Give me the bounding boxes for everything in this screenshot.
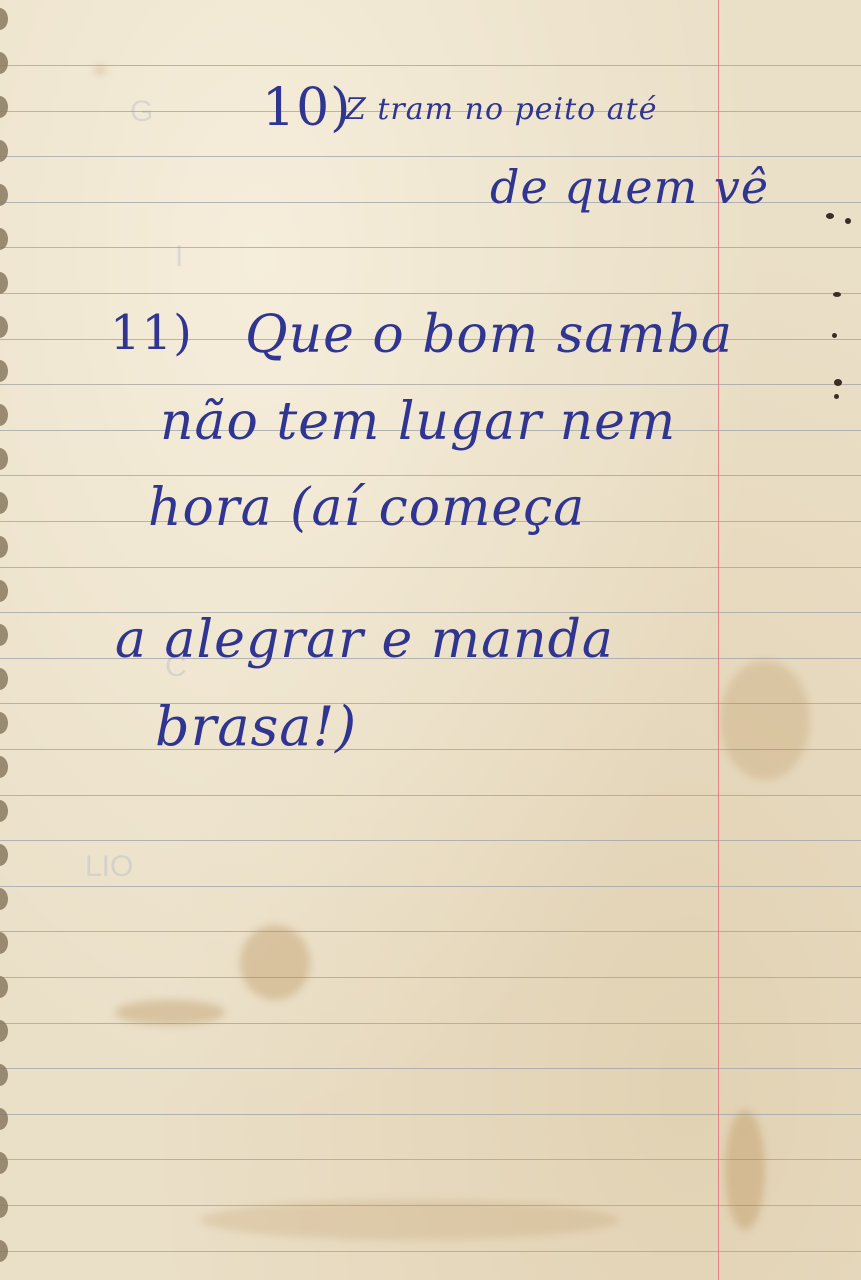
binding-hole [0,888,8,910]
binding-hole [0,1152,8,1174]
binding-hole [0,140,8,162]
binding-hole [0,1108,8,1130]
binding-hole [0,8,8,30]
ruled-line [0,384,861,385]
ruled-line [0,567,861,568]
binding-hole [0,492,8,514]
binding-hole [0,624,8,646]
note-number-11: 11) [110,305,193,361]
ink-dot [832,333,837,338]
ruled-line [0,1023,861,1024]
ruled-line [0,886,861,887]
binding-hole [0,404,8,426]
binding-hole [0,800,8,822]
stain-right-edge [725,1110,765,1230]
binding-hole [0,712,8,734]
ruled-line [0,931,861,932]
binding-hole [0,96,8,118]
bleed-through-text: G [130,95,153,129]
binding-hole [0,272,8,294]
binding-hole [0,316,8,338]
ink-dot [826,213,834,219]
coffee-stain [115,1000,225,1025]
note-10-line-1: Z tram no peito até [345,92,657,127]
ruled-line [0,293,861,294]
note-11-line-1: Que o bom samba [245,305,733,365]
note-11-line-2: não tem lugar nem [160,392,676,452]
ruled-line [0,1114,861,1115]
ruled-line [0,1251,861,1252]
ink-dot [834,379,842,386]
stain-bottom [200,1200,620,1240]
note-10-line-2: de quem vê [490,160,769,214]
ruled-line [0,247,861,248]
ruled-line [0,840,861,841]
ruled-line [0,1068,861,1069]
binding-hole [0,52,8,74]
ink-dot [834,394,839,399]
binding-hole [0,668,8,690]
binding-hole [0,536,8,558]
note-11-line-4: a alegrar e manda [115,610,614,670]
stain-margin [720,660,810,780]
binding-hole [0,976,8,998]
binding-hole [0,448,8,470]
spot [95,65,105,75]
ink-dot [845,218,851,224]
note-11-line-3: hora (aí começa [148,478,585,538]
binding-hole [0,844,8,866]
binding-hole [0,1240,8,1262]
note-11-line-5: brasa!) [155,695,357,758]
ruled-line [0,475,861,476]
bleed-through-text: I [175,240,183,274]
note-number-10: 10) [262,78,351,138]
binding-hole [0,932,8,954]
binding-hole [0,756,8,778]
ruled-line [0,65,861,66]
ruled-line [0,795,861,796]
coffee-stain [240,925,310,1000]
ink-dot [833,292,841,297]
bleed-through-text: LIO [85,850,133,884]
binding-hole [0,360,8,382]
notebook-page: G I C LIO 10) Z tram no peito até de que… [0,0,861,1280]
ruled-line [0,977,861,978]
ruled-line [0,156,861,157]
binding-hole [0,580,8,602]
binding-hole [0,1196,8,1218]
